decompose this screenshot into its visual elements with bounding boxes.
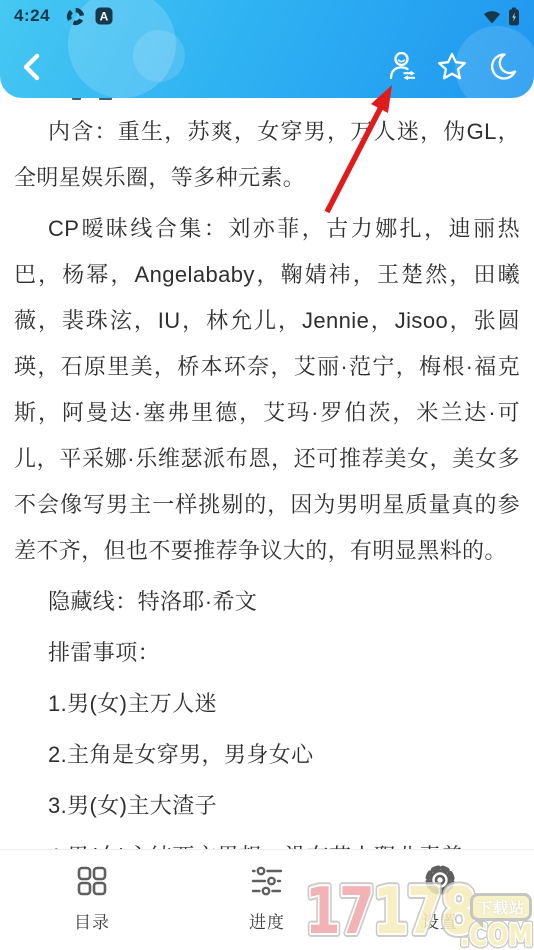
nav-label-progress: 进度 — [222, 908, 312, 933]
reader-content[interactable]: 内含：重生，苏爽，女穿男，万人迷，伪GL，全明星娱乐圈，等多种元素。 CP暧昧线… — [0, 98, 534, 850]
content-paragraph: CP暧昧线合集：刘亦菲，古力娜扎，迪丽热巴，杨幂，Angelababy，鞠婧祎，… — [14, 206, 520, 574]
reader-toolbar — [0, 38, 534, 96]
nav-item-settings[interactable]: 设置 — [395, 862, 485, 933]
moon-night-mode-icon — [486, 51, 518, 83]
back-button[interactable] — [14, 49, 50, 85]
status-time: 4:24 — [14, 6, 50, 26]
content-paragraph: 3.男(女)主大渣子 — [14, 783, 520, 829]
star-icon — [436, 51, 468, 83]
content-paragraph: 隐藏线：特洛耶·希文 — [14, 579, 520, 625]
user-switch-icon — [385, 50, 419, 84]
nav-item-progress[interactable]: 进度 — [222, 862, 312, 933]
status-bar: 4:24 A — [0, 0, 534, 32]
favorite-button[interactable] — [434, 49, 470, 85]
back-chevron-icon — [20, 52, 44, 82]
grid-catalog-icon — [75, 864, 109, 898]
app-header: 4:24 A — [0, 0, 534, 98]
bottom-navigation: 目录 进度 — [0, 849, 534, 950]
nav-item-catalog[interactable]: 目录 — [47, 862, 137, 933]
user-switch-button[interactable] — [384, 49, 420, 85]
battery-charging-icon — [508, 7, 520, 26]
sliders-progress-icon — [250, 864, 284, 898]
content-paragraph: 排雷事项： — [14, 630, 520, 676]
wifi-icon — [482, 7, 502, 25]
night-mode-button[interactable] — [484, 49, 520, 85]
nav-label-catalog: 目录 — [47, 908, 137, 933]
content-paragraph: 1.男(女)主万人迷 — [14, 681, 520, 727]
content-paragraph: 2.主角是女穿男，男身女心 — [14, 732, 520, 778]
ime-a-badge-icon: A — [95, 7, 113, 25]
content-paragraph: 内含：重生，苏爽，女穿男，万人迷，伪GL，全明星娱乐圈，等多种元素。 — [14, 109, 520, 201]
nav-label-settings: 设置 — [395, 908, 485, 933]
content-paragraph: 4.男(女)主纯西方思想，没有艺人职业素养 — [14, 834, 520, 850]
segmented-circle-icon — [66, 7, 85, 26]
ime-badge-letter: A — [100, 9, 109, 23]
gear-settings-icon — [422, 862, 458, 898]
